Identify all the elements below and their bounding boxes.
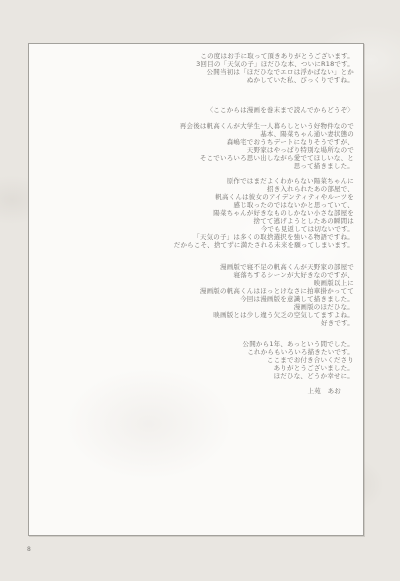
page-number: 8: [27, 546, 31, 553]
text-line: ありがとうございました。: [39, 364, 354, 372]
text-line: この度はお手に取って頂きありがとうございます。: [39, 52, 354, 60]
text-line: 原作ではまだよくわからない陽菜ちゃんに: [39, 177, 354, 185]
text-line: 帆高くんは彼女のアイデンティティやルーツを: [39, 193, 354, 201]
text-line: 好きです。: [39, 319, 354, 327]
text-line: 思って描きました。: [39, 162, 354, 170]
text-line: 基本、陽菜ちゃん通い妻状態の: [39, 130, 354, 138]
text-line: 漫画版のほだひな。: [39, 303, 354, 311]
afterword-paragraph-6: 公開から1年、あっという間でした。 これからもいろいろ描きたいです。 ここまでお…: [39, 340, 354, 380]
afterword-paragraph-2: 〈ここからは漫画を巻末まで読んでからどうぞ〉: [39, 106, 354, 114]
text-line: 漫画版で寝不足の帆高くんが天野家の部屋で: [39, 263, 354, 271]
text-line: ほだひな、どうか幸せに。: [39, 372, 354, 380]
text-line: 再会後は帆高くんが大学生一人暮らしという好物件なので: [39, 122, 354, 130]
text-line: 陽菜ちゃんが好きなものしかない小さな部屋を: [39, 209, 354, 217]
text-line: 〈ここからは漫画を巻末まで読んでからどうぞ〉: [39, 106, 354, 114]
author-signature: 上苑 あお: [39, 387, 354, 395]
afterword-paragraph-1: この度はお手に取って頂きありがとうございます。 3回目の「天気の子」ほだひな本、…: [39, 52, 354, 84]
afterword-paragraph-4: 原作ではまだよくわからない陽菜ちゃんに 招き入れられたあの部屋で、 帆高くんは彼…: [39, 177, 354, 249]
text-line: 映画版とは少し違う欠乏の空気してますよね。: [39, 311, 354, 319]
text-line: ここまでお付き合いくださり: [39, 356, 354, 364]
afterword-paragraph-3: 再会後は帆高くんが大学生一人暮らしという好物件なので 基本、陽菜ちゃん通い妻状態…: [39, 122, 354, 170]
text-line: 寝落ちするシーンが大好きなのですが、: [39, 271, 354, 279]
text-line: これからもいろいろ描きたいです。: [39, 348, 354, 356]
scanned-page-background: { "page": { "number": "8", "signature": …: [0, 0, 400, 581]
text-line: そこでいろいろ思い出しながら愛でてほしいな、と: [39, 154, 354, 162]
text-line: 漫画版の帆高くんはほっとけなさに拍車掛かってて: [39, 287, 354, 295]
text-line: 捨てて逃げようとしたあの瞬間は: [39, 217, 354, 225]
text-line: 天野家はやっぱり特別な場所なので: [39, 146, 354, 154]
text-line: 森嶋宅でおうちデートになりそうですが、: [39, 138, 354, 146]
text-line: 感じ取ったのではないかと思っていて、: [39, 201, 354, 209]
text-line: ぬかしていた私、びっくりですね。: [39, 76, 354, 84]
page: この度はお手に取って頂きありがとうございます。 3回目の「天気の子」ほだひな本、…: [28, 43, 364, 536]
text-line: 公開当初は「ほだひなでエロは浮かばない」とか: [39, 68, 354, 76]
text-line: 「天気の子」は多くの取捨選択を強いる物語ですね。: [39, 233, 354, 241]
text-line: 映画版以上に: [39, 279, 354, 287]
text-line: だからこそ、捨てずに満たされる未来を願ってしまいます。: [39, 241, 354, 249]
afterword-paragraph-5: 漫画版で寝不足の帆高くんが天野家の部屋で 寝落ちするシーンが大好きなのですが、 …: [39, 263, 354, 327]
text-line: 3回目の「天気の子」ほだひな本、ついにR18です。: [39, 60, 354, 68]
afterword-text: この度はお手に取って頂きありがとうございます。 3回目の「天気の子」ほだひな本、…: [39, 52, 354, 395]
text-line: 公開から1年、あっという間でした。: [39, 340, 354, 348]
text-line: 今でも見返しては切ないです。: [39, 225, 354, 233]
text-line: 招き入れられたあの部屋で、: [39, 185, 354, 193]
text-line: 今回は漫画版を意識して描きました。: [39, 295, 354, 303]
